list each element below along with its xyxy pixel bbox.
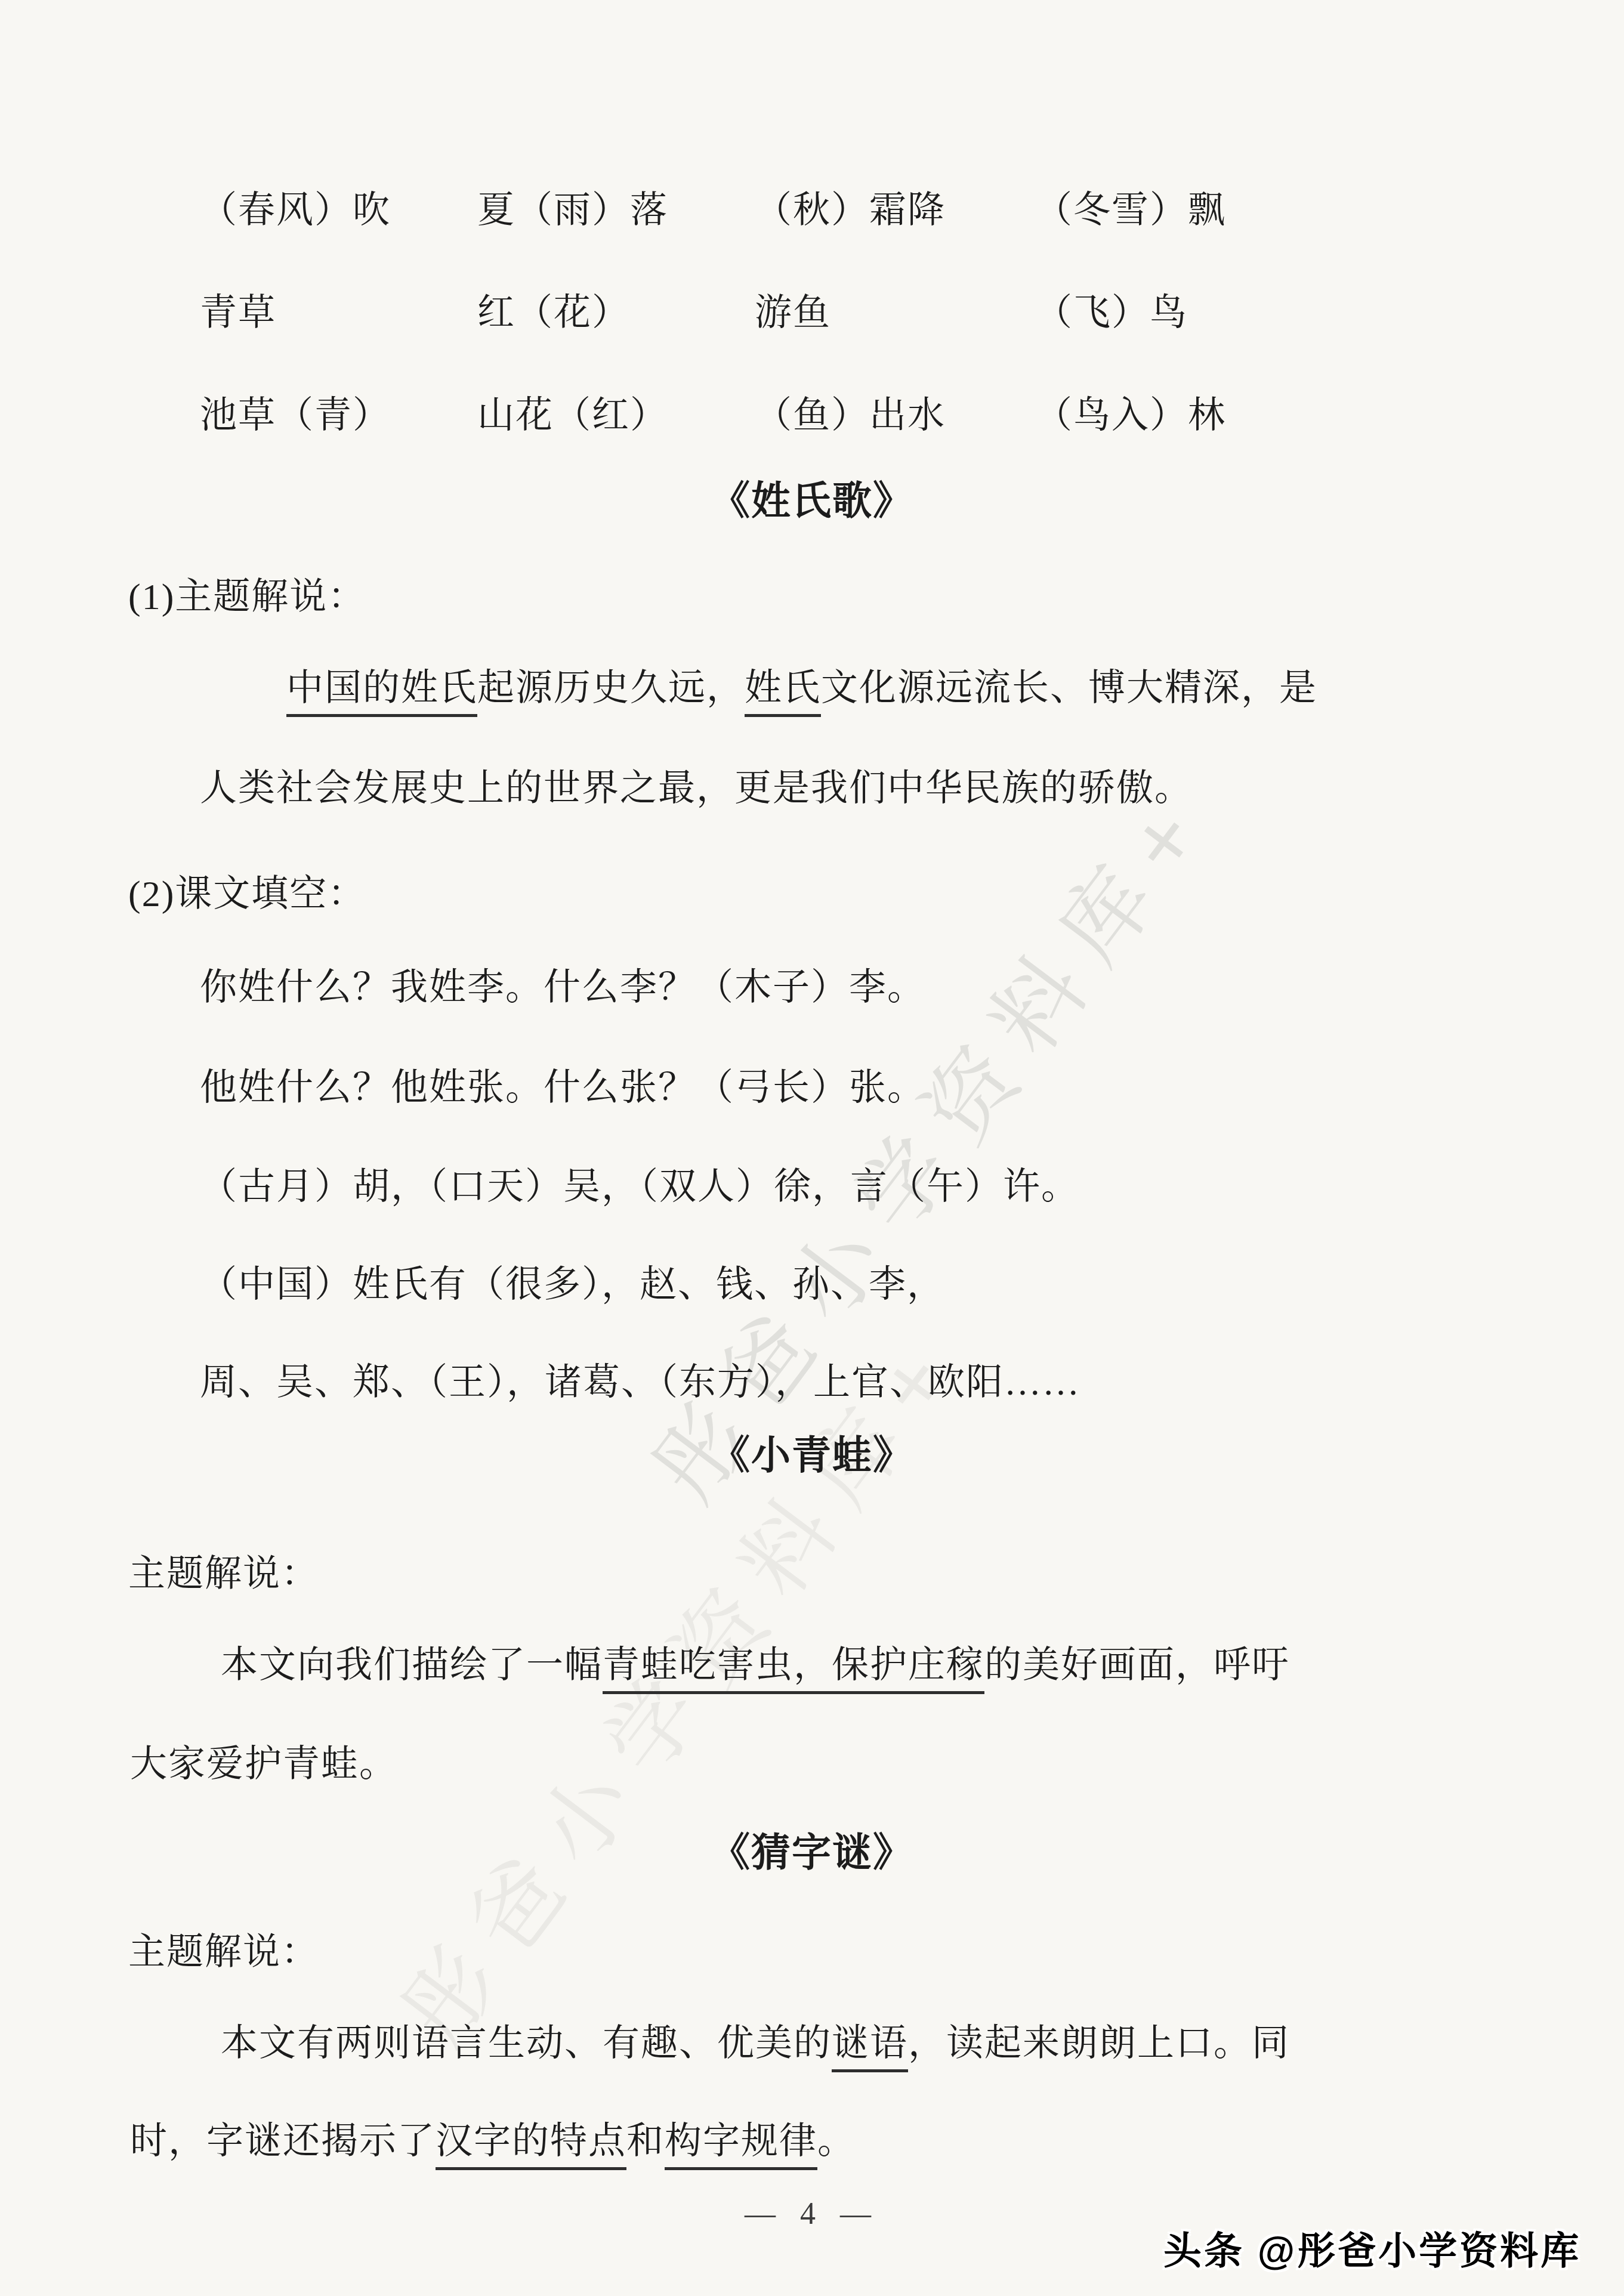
item-label-theme: 主题解说： bbox=[128, 1922, 319, 1975]
item-label-theme: 主题解说： bbox=[128, 1544, 319, 1597]
word-cell: 夏（雨）落 bbox=[477, 186, 755, 235]
word-cell: 青草 bbox=[200, 289, 477, 338]
text-segment: 时，字谜还揭示了 bbox=[130, 2121, 436, 2162]
diagonal-watermark: 彤爸小学资料库+ bbox=[617, 759, 1237, 1523]
paragraph-line: 本文向我们描绘了一幅青蛙吃害虫，保护庄稼的美好画面，呼吁 bbox=[221, 1640, 1290, 1691]
word-cell: （飞）鸟 bbox=[1035, 289, 1226, 338]
word-cell: （鱼）出水 bbox=[755, 391, 1035, 440]
section-heading-xingshige: 《姓氏歌》 bbox=[0, 469, 1624, 526]
word-cell: 山花（红） bbox=[477, 391, 755, 440]
underline-segment: 构字规律 bbox=[665, 2121, 817, 2170]
word-cell: （冬雪）飘 bbox=[1035, 186, 1226, 235]
text-segment: 本文有两则语言生动、有趣、优美的 bbox=[221, 2023, 832, 2064]
word-cell: （鸟入）林 bbox=[1035, 391, 1226, 440]
footer-watermark: 头条 @彤爸小学资料库 bbox=[1163, 2220, 1581, 2275]
underline-segment: 姓氏 bbox=[745, 668, 821, 717]
paragraph-line: 本文有两则语言生动、有趣、优美的谜语，读起来朗朗上口。同 bbox=[221, 2019, 1290, 2069]
paragraph-line: 大家爱护青蛙。 bbox=[130, 1739, 397, 1790]
fill-line: 周、吴、郑、（王），诸葛、（东方），上官、欧阳…… bbox=[200, 1358, 1080, 1408]
word-cell: 池草（青） bbox=[200, 391, 477, 440]
word-cell: （秋）霜降 bbox=[755, 186, 1035, 235]
underline-segment: 谜语 bbox=[832, 2023, 908, 2072]
underline-segment: 汉字的特点 bbox=[436, 2121, 626, 2170]
word-cell: （春风）吹 bbox=[200, 186, 477, 235]
section-heading-xiaoqingwa: 《小青蛙》 bbox=[0, 1423, 1624, 1480]
word-grid: （春风）吹 夏（雨）落 （秋）霜降 （冬雪）飘 青草 红（花） 游鱼 （飞）鸟 … bbox=[200, 186, 1226, 440]
text-segment: 的美好画面，呼吁 bbox=[984, 1645, 1290, 1686]
text-segment: 文化源远流长、博大精深，是 bbox=[821, 668, 1317, 709]
text-segment: ，读起来朗朗上口。同 bbox=[908, 2023, 1290, 2064]
fill-line: （中国）姓氏有（很多），赵、钱、孙、李， bbox=[200, 1260, 945, 1310]
fill-line: 他姓什么？他姓张。什么张？（弓长）张。 bbox=[200, 1063, 925, 1113]
paragraph-line: 中国的姓氏起源历史久远，姓氏文化源远流长、博大精深，是 bbox=[286, 663, 1317, 713]
underline-segment: 中国的姓氏 bbox=[286, 668, 477, 717]
paragraph-line: 时，字谜还揭示了汉字的特点和构字规律。 bbox=[130, 2116, 856, 2167]
underline-segment: 青蛙吃害虫，保护庄稼 bbox=[603, 1645, 984, 1694]
text-segment: 本文向我们描绘了一幅 bbox=[221, 1645, 603, 1686]
word-cell: 红（花） bbox=[477, 289, 755, 338]
fill-line: （古月）胡，（口天）吴，（双人）徐，言（午）许。 bbox=[200, 1162, 1079, 1212]
text-segment: 起源历史久远， bbox=[477, 668, 745, 709]
text-segment: 。 bbox=[817, 2121, 856, 2162]
text-segment: 和 bbox=[626, 2121, 665, 2162]
section-heading-caizimi: 《猜字谜》 bbox=[0, 1821, 1624, 1877]
word-cell: 游鱼 bbox=[755, 289, 1035, 338]
scanned-document-page: 彤爸小学资料库+ 彤爸小学资料库+ （春风）吹 夏（雨）落 （秋）霜降 （冬雪）… bbox=[0, 0, 1624, 2296]
item-label-theme: (1)主题解说： bbox=[128, 567, 366, 620]
fill-line: 你姓什么？我姓李。什么李？（木子）李。 bbox=[200, 963, 925, 1013]
item-label-fill: (2)课文填空： bbox=[128, 864, 366, 917]
paragraph-line: 人类社会发展史上的世界之最，更是我们中华民族的骄傲。 bbox=[200, 764, 1193, 814]
